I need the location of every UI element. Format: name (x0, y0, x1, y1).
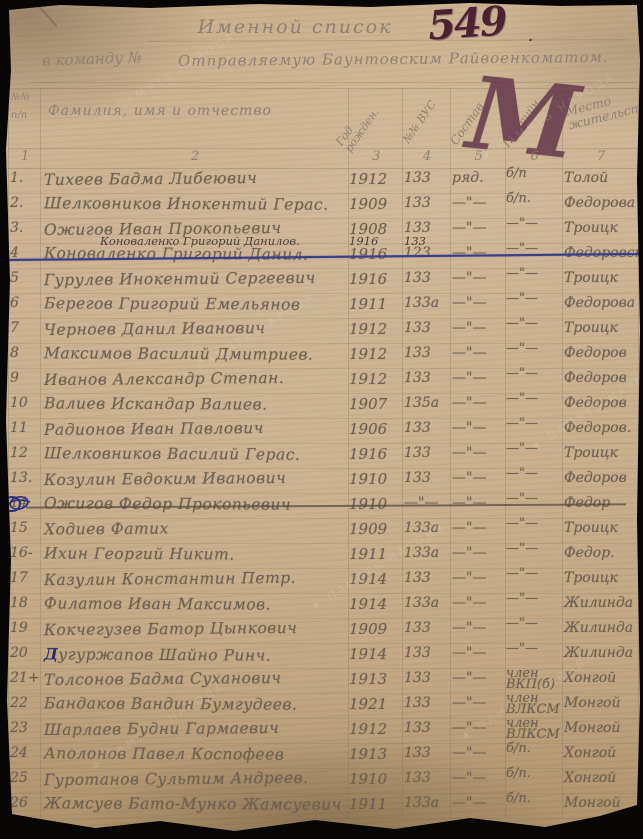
cell-row-number: 15 (10, 520, 28, 536)
cell-rank: —"— (452, 745, 486, 761)
cell-full-name: Жамсуев Бато-Мунко Жамсуевич (44, 794, 342, 814)
cell-birth-year: 1912 (349, 370, 387, 388)
command-number-label: в команду № (42, 48, 142, 69)
header-name: Фамилия, имя и отчество (48, 103, 272, 119)
column-number: 7 (597, 149, 605, 164)
cell-party-status: —"— (506, 568, 538, 579)
cell-full-name: Козулин Евдоким Иванович (44, 469, 286, 489)
table-row: 20Дугуржапов Шайно Ринч.1914133—"——"—Жил… (0, 643, 643, 668)
cell-vus-number: 133 (404, 645, 431, 661)
cell-full-name: Тихеев Бадма Либеювич (44, 169, 257, 189)
cell-birth-year: 1914 (349, 645, 387, 663)
cell-vus-number: 133 (404, 420, 431, 436)
cell-row-number: 18 (10, 595, 28, 611)
cell-row-number: 8 (10, 345, 19, 361)
cell-vus-number: 133а (404, 795, 439, 811)
cell-residence: Жилинда (564, 620, 633, 636)
cell-row-number: 7 (10, 320, 19, 336)
header-birth-year: Год рожден. (334, 100, 381, 154)
cell-birth-year: 1913 (349, 745, 387, 763)
cell-vus-number: 135а (404, 395, 439, 411)
cell-party-status: б/п. (506, 193, 531, 204)
corner-pencil-mark (11, 0, 58, 27)
cell-row-number: 25 (10, 770, 28, 786)
cell-full-name: Гурулев Инокентий Сергеевич (44, 269, 316, 289)
cell-birth-year: 1909 (349, 620, 387, 638)
cell-row-number: 19 (10, 620, 28, 636)
cell-rank: —"— (452, 495, 486, 511)
cell-vus-number: 133 (404, 345, 431, 361)
table-row: 19Кокчегузев Батор Цынкович1909133—"——"—… (0, 618, 643, 643)
cell-residence: Троицк (564, 520, 618, 536)
cell-full-name: Дугуржапов Шайно Ринч. (44, 644, 271, 664)
cell-row-number: 10 (10, 395, 28, 411)
cell-full-name: Черноев Данил Иванович (44, 319, 266, 339)
cell-row-number: 3. (10, 220, 23, 236)
cell-rank: ряд. (452, 170, 484, 186)
cell-vus-number: 133 (404, 320, 431, 336)
inserted-corrected-name: Коноваленко Григорий Данилов. (100, 234, 300, 248)
cell-party-status: —"— (506, 268, 538, 279)
cell-rank: —"— (452, 795, 486, 811)
table-row: 4Коноваленко Григорий Данил.1916123—"——"… (0, 243, 643, 268)
cell-row-number: 12 (10, 445, 28, 461)
header-num-line2: п/п (11, 110, 27, 121)
cell-rank: —"— (452, 395, 486, 411)
cell-vus-number: 133 (404, 620, 431, 636)
cell-full-name: Валиев Искандар Валиев. (44, 394, 268, 413)
cell-party-status: —"— (506, 543, 538, 554)
grid-line (8, 148, 638, 149)
table-row: 15Ходиев Фатих1909133а—"——"—Троицк (0, 518, 643, 543)
cell-full-name: Берегов Григорий Емельянов (44, 294, 300, 313)
table-row: 7Черноев Данил Иванович1912133—"——"—Трои… (0, 318, 643, 343)
cell-residence: Федор. (564, 545, 615, 561)
cell-rank: —"— (452, 470, 486, 486)
cell-vus-number: —"— (404, 495, 438, 511)
cell-residence: Троицк (564, 445, 618, 461)
cell-party-status: б/п (506, 168, 527, 179)
cell-residence: Троицк (564, 270, 618, 286)
cell-residence: Троицк (564, 320, 618, 336)
cell-party-status: б/п. (506, 793, 531, 804)
cell-rank: —"— (452, 445, 486, 461)
cell-full-name: Ходиев Фатих (44, 519, 169, 538)
table-row: 22Бандаков Вандин Бумгудеев.1921133—"—чл… (0, 693, 643, 718)
cell-party-status: б/п. (506, 768, 531, 779)
cell-party-status: член ВЛКСМ (506, 718, 560, 740)
cell-vus-number: 133 (404, 270, 431, 286)
column-number: 4 (423, 149, 431, 164)
cell-vus-number: 133 (404, 695, 431, 711)
cell-rank: —"— (452, 595, 486, 611)
cell-vus-number: 133 (404, 670, 431, 686)
cell-residence: Монгой (564, 695, 621, 711)
cell-full-name: Кокчегузев Батор Цынкович (44, 619, 298, 639)
cell-rank: —"— (452, 345, 486, 361)
cell-row-number: 2. (10, 195, 23, 211)
cell-row-number: 22 (10, 695, 28, 711)
cell-rank: —"— (452, 220, 486, 236)
table-row: 5Гурулев Инокентий Сергеевич1916133—"——"… (0, 268, 643, 293)
cell-vus-number: 133 (404, 720, 431, 736)
cell-vus-number: 133 (404, 470, 431, 486)
cell-party-status: —"— (506, 493, 538, 504)
cell-residence: Троицк (564, 220, 618, 236)
cell-birth-year: 1916 (349, 445, 387, 463)
cell-rank: —"— (452, 770, 486, 786)
cell-rank: —"— (452, 570, 486, 586)
cell-full-name: Ихин Георгий Никит. (44, 545, 235, 564)
cell-vus-number: 133 (404, 745, 431, 761)
table-row: 3.Ожигов Иван Прокопьевич1908133—"——"—Тр… (0, 218, 643, 243)
cell-birth-year: 1909 (349, 520, 387, 538)
ink-scribble-icon (2, 494, 32, 518)
cell-birth-year: 1916 (349, 270, 387, 288)
cell-birth-year: 1906 (349, 420, 387, 438)
cell-full-name: Шелковников Инокентий Герас. (44, 194, 329, 213)
cell-vus-number: 133 (404, 170, 431, 186)
page-number-stamp: 549 (426, 0, 507, 50)
cell-residence: Федорова (564, 295, 635, 311)
cell-party-status: —"— (506, 293, 538, 304)
cell-full-name: Радионов Иван Павлович (44, 419, 264, 439)
column-number: 1 (21, 149, 29, 164)
cell-residence: Монгой (564, 720, 621, 736)
cell-residence: Жилинда (564, 595, 633, 611)
cell-rank: —"— (452, 620, 486, 636)
table-row: 16-Ихин Георгий Никит.1911133а—"——"—Федо… (0, 543, 643, 568)
cell-rank: —"— (452, 370, 486, 386)
cell-rank: —"— (452, 195, 486, 211)
cell-party-status: —"— (506, 393, 538, 404)
cell-party-status: —"— (506, 468, 538, 479)
cell-residence: Федорова (564, 195, 635, 211)
cell-residence: Троицк (564, 570, 618, 586)
cell-birth-year: 1913 (349, 670, 387, 688)
cell-rank: —"— (452, 695, 486, 711)
table-row: 10Валиев Искандар Валиев.1907135а—"——"—Ф… (0, 393, 643, 418)
cell-rank: —"— (452, 645, 486, 661)
cell-birth-year: 1912 (349, 320, 387, 338)
inserted-corrected-vus: 133 (404, 234, 426, 248)
cell-row-number: 13. (10, 470, 32, 486)
cell-row-number: 11 (10, 420, 28, 436)
cell-party-status: —"— (506, 618, 538, 629)
cell-row-number: 24 (10, 745, 28, 761)
cell-birth-year: 1911 (349, 295, 387, 313)
table-row: 12Шелковников Василий Герас.1916133—"——"… (0, 443, 643, 468)
cell-vus-number: 133 (404, 445, 431, 461)
cell-vus-number: 133 (404, 570, 431, 586)
cell-row-number: 16- (10, 545, 33, 561)
cell-rank: —"— (452, 270, 486, 286)
cell-party-status: —"— (506, 518, 538, 529)
cell-full-name: Иванов Александр Степан. (44, 369, 284, 389)
cell-rank: —"— (452, 545, 486, 561)
cell-row-number: 5 (10, 270, 19, 286)
table-row: 6Берегов Григорий Емельянов1911133а—"——"… (0, 293, 643, 318)
cell-party-status: —"— (506, 593, 538, 604)
table-row: 23Шарлаев Будни Гармаевич1912133—"—член … (0, 718, 643, 743)
cell-vus-number: 133 (404, 370, 431, 386)
cell-residence: Хонгой (564, 745, 616, 761)
grid-line (8, 818, 638, 819)
cell-row-number: 20 (10, 645, 28, 661)
cell-birth-year: 1912 (349, 170, 387, 188)
page-title: Именной список (160, 16, 430, 38)
cell-rank: —"— (452, 420, 486, 436)
cell-rank: —"— (452, 520, 486, 536)
column-number: 2 (191, 149, 199, 164)
table-row: 9Иванов Александр Степан.1912133—"——"—Фе… (0, 368, 643, 393)
cell-full-name: Максимов Василий Дмитриев. (44, 344, 313, 363)
cell-birth-year: 1911 (349, 795, 387, 813)
cell-residence: Толой (564, 170, 608, 186)
inserted-corrected-year: 1916 (349, 234, 378, 248)
cell-residence: Хонгой (564, 770, 616, 786)
table-row: 14Ожигов Федор Прокопьевич1910—"——"——"—Ф… (0, 493, 643, 518)
stamp-dot: . (528, 26, 533, 45)
cell-vus-number: 133 (404, 770, 431, 786)
cell-party-status: —"— (506, 368, 538, 379)
cell-party-status: —"— (506, 343, 538, 354)
cell-birth-year: 1921 (349, 695, 387, 713)
cell-party-status: —"— (506, 243, 538, 254)
cell-full-name: Толсонов Бадма Суханович (44, 669, 282, 689)
cell-full-name: Гуротанов Сультим Андреев. (44, 769, 309, 789)
header-num-line1: №№ (11, 92, 30, 103)
cell-residence: Федоров (564, 370, 627, 386)
cell-full-name: Филатов Иван Максимов. (44, 594, 271, 613)
cell-row-number: 23 (10, 720, 28, 736)
cell-rank: —"— (452, 320, 486, 336)
cell-party-status: —"— (506, 643, 538, 654)
cell-birth-year: 1907 (349, 395, 387, 413)
table-row: 1.Тихеев Бадма Либеювич1912133ряд.б/пТол… (0, 168, 643, 193)
cell-party-status: —"— (506, 318, 538, 329)
cell-residence: Федоров (564, 345, 627, 361)
cell-birth-year: 1910 (349, 770, 387, 788)
cell-birth-year: 1912 (349, 720, 387, 738)
cell-birth-year: 1914 (349, 595, 387, 613)
cell-vus-number: 133 (404, 195, 431, 211)
cell-residence: Федоров (564, 470, 627, 486)
cell-party-status: —"— (506, 418, 538, 429)
table-row: 2.Шелковников Инокентий Герас.1909133—"—… (0, 193, 643, 218)
cell-vus-number: 133а (404, 295, 439, 311)
cell-birth-year: 1910 (349, 470, 387, 488)
cell-birth-year: 1912 (349, 345, 387, 363)
cell-vus-number: 133а (404, 595, 439, 611)
cell-row-number: 1. (10, 170, 23, 186)
cell-row-number: 17 (10, 570, 28, 586)
cell-row-number: 26 (10, 795, 28, 811)
cell-residence: Монгой (564, 795, 621, 811)
cell-birth-year: 1909 (349, 195, 387, 213)
cell-full-name: Ожигов Федор Прокопьевич (44, 494, 291, 513)
grid-line (8, 88, 638, 89)
cell-row-number: 6 (10, 295, 19, 311)
cell-party-status: —"— (506, 218, 538, 229)
scanned-page: Именной список 549 . в команду № Отправл… (0, 0, 643, 839)
cell-row-number: 21+ (10, 670, 40, 686)
cell-row-number: 9 (10, 370, 19, 386)
column-number: 6 (531, 149, 539, 164)
table-row: 26Жамсуев Бато-Мунко Жамсуевич1911133а—"… (0, 793, 643, 818)
cell-full-name: Шелковников Василий Герас. (44, 444, 300, 463)
table-row: 8Максимов Василий Дмитриев.1912133—"——"—… (0, 343, 643, 368)
cell-rank: —"— (452, 245, 486, 261)
cell-party-status: б/п. (506, 743, 531, 754)
header-vus: №№ ВУС (401, 99, 438, 145)
table-row: 17Казулин Константин Петр.1914133—"——"—Т… (0, 568, 643, 593)
cell-full-name: Казулин Константин Петр. (44, 569, 296, 589)
column-number: 3 (372, 149, 380, 164)
cell-rank: —"— (452, 670, 486, 686)
cell-full-name: Аполонов Павел Коспофеев (44, 744, 284, 763)
cell-rank: —"— (452, 295, 486, 311)
table-row: 13.Козулин Евдоким Иванович1910133—"——"—… (0, 468, 643, 493)
